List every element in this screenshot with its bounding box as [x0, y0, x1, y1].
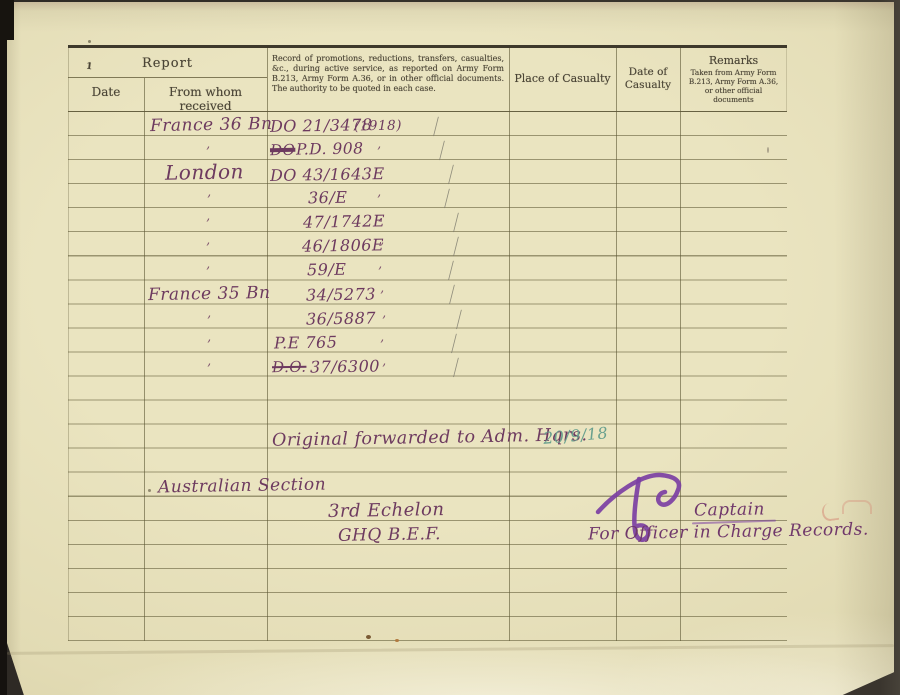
entry-from-ditto: ’: [206, 217, 211, 232]
table-left-border: [68, 48, 69, 641]
entry-note-ditto: ’: [377, 145, 382, 160]
entry-ref-struck: D.O.: [272, 358, 307, 377]
remarks-label: Remarks: [680, 54, 787, 67]
paper-speck: [88, 40, 91, 43]
entry-from-ditto: ’: [206, 241, 211, 256]
entry-note-ditto: ’: [378, 217, 383, 232]
col-divider-date: [144, 78, 145, 641]
report-underline: [68, 77, 267, 78]
col-divider-dateofcas: [680, 48, 681, 641]
red-pencil-mark: [842, 500, 872, 514]
paper-speck: [148, 489, 151, 492]
from-whom-column-label: From whom received: [144, 85, 267, 113]
paper-speck: [366, 635, 371, 639]
entry-from: France 36 Bn: [150, 114, 273, 136]
entry-note-ditto: ’: [378, 265, 383, 280]
entry-ref: P.E 765: [274, 332, 338, 352]
entry-from-ditto: ’: [207, 362, 212, 377]
entry-from-ditto: ’: [207, 338, 212, 353]
entry-from: France 35 Bn: [148, 283, 271, 305]
entry-note-ditto: ’: [380, 338, 385, 353]
entry-ref: 47/1742E: [303, 211, 385, 231]
date-of-casualty-label: Date of Casualty: [621, 66, 675, 92]
entry-ref-struck: DO: [270, 141, 296, 159]
entry-ref: 36/E: [308, 188, 348, 208]
place-of-casualty-label: Place of Casualty: [509, 72, 616, 85]
date-column-label: Date: [68, 85, 144, 99]
entry-note-ditto: ’: [380, 289, 385, 304]
entry-from-ditto: ’: [206, 265, 211, 280]
entry-note-ditto: ’: [382, 314, 387, 329]
entry-from-ditto: ’: [207, 314, 212, 329]
entry-from-ditto: ’: [207, 193, 212, 208]
scan-corner-shadow: [0, 0, 14, 40]
entry-note-ditto: ’: [377, 193, 382, 208]
record-column-header: Record of promotions, reductions, transf…: [272, 54, 504, 94]
entry-from: London: [165, 159, 244, 184]
entry-ref: 34/5273: [306, 284, 376, 304]
remarks-sub-label: Taken from Army Form B.213, Army Form A.…: [684, 68, 783, 104]
entry-note-ditto: ’: [379, 169, 384, 184]
col-divider-place: [616, 48, 617, 641]
report-header-label: Report: [68, 56, 267, 71]
col-divider-record: [509, 48, 510, 641]
entry-ref: 59/E: [307, 260, 347, 280]
paper-speck: [395, 639, 399, 642]
col-divider-fromwhom: [267, 48, 268, 641]
entry-ref: P.D. 908: [296, 139, 364, 158]
entry-note-ditto: ’: [380, 241, 385, 256]
entry-from-ditto: ’: [206, 145, 211, 160]
scanned-service-record-page: 1 Report Date From whom received Record …: [0, 0, 900, 695]
australian-section-line: Australian Section: [158, 475, 326, 498]
entry-ref: 46/1806E: [302, 235, 384, 255]
ghq-line: GHQ B.E.F.: [338, 524, 441, 546]
entry-note-ditto: ’: [382, 362, 387, 377]
paper-speck: [767, 147, 769, 153]
captain-title: Captain: [694, 499, 765, 520]
entry-ref: DO 43/1643E: [270, 164, 385, 185]
entry-note: (1918): [354, 118, 402, 135]
entry-ref: 36/5887: [306, 308, 376, 328]
entry-ref: 37/6300: [310, 356, 380, 376]
echelon-line: 3rd Echelon: [328, 499, 445, 522]
